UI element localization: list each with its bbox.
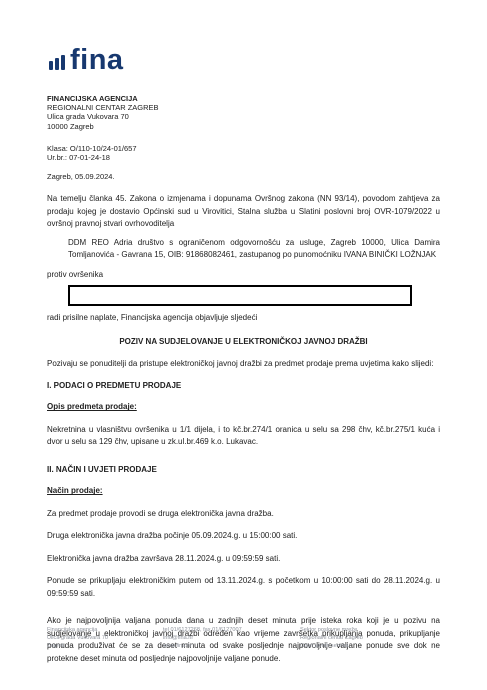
klasa-number: Klasa: O/110-10/24-01/657	[47, 144, 440, 154]
legal-basis-paragraph: Na temelju članka 45. Zakona o izmjenama…	[47, 193, 440, 231]
footer-street: Ulica grada Vukovara 70	[47, 634, 163, 642]
footer-department: Odjel javnih servisa	[300, 642, 447, 650]
place-and-date: Zagreb, 05.09.2024.	[47, 171, 440, 184]
sender-regional-center: REGIONALNI CENTAR ZAGREB	[47, 103, 440, 112]
sender-address-block: FINANCIJSKA AGENCIJA REGIONALNI CENTAR Z…	[47, 94, 440, 131]
footer-sector: Sektor poslovne mreže	[300, 626, 447, 634]
debtor-redaction-box	[68, 285, 412, 306]
footer-contact-column: tel 01/6127268, fax 01/6127007 info@fina…	[163, 626, 300, 650]
sale-method-line: Za predmet prodaje provodi se druga elek…	[47, 508, 440, 521]
footer-phone-fax: tel 01/6127268, fax 01/6127007	[163, 626, 300, 634]
fina-logo-wordmark: fina	[70, 46, 124, 75]
against-debtor-label: protiv ovršenika	[47, 269, 440, 282]
section-1-subheading: Opis predmeta prodaje:	[47, 401, 440, 414]
purpose-line: radi prisilne naplate, Financijska agenc…	[47, 312, 440, 325]
document-page: fina FINANCIJSKA AGENCIJA REGIONALNI CEN…	[0, 0, 487, 690]
urbroj-number: Ur.br.: 07-01-24-18	[47, 153, 440, 163]
page-footer: Financijska agencija Ulica grada Vukovar…	[47, 626, 447, 650]
creditor-paragraph: DDM REO Adria društvo s ograničenom odgo…	[68, 237, 440, 262]
sender-city: 10000 Zagreb	[47, 122, 440, 131]
auction-start-line: Druga elektronička javna dražba počinje …	[47, 530, 440, 543]
section-1-heading: I. PODACI O PREDMETU PRODAJE	[47, 380, 440, 393]
footer-city: Zagreb	[47, 642, 163, 650]
section-2-subheading: Način prodaje:	[47, 485, 440, 498]
footer-regional-center: Regionalni centar Zagreb	[300, 634, 447, 642]
footer-website: www.fina.hr	[163, 642, 300, 650]
fina-logo: fina	[47, 42, 440, 75]
footer-agency: Financijska agencija	[47, 626, 163, 634]
footer-email: info@fina.hr	[163, 634, 300, 642]
footer-address-column: Financijska agencija Ulica grada Vukovar…	[47, 626, 163, 650]
reference-block: Klasa: O/110-10/24-01/657 Ur.br.: 07-01-…	[47, 144, 440, 163]
sender-agency-name: FINANCIJSKA AGENCIJA	[47, 94, 440, 103]
section-2-heading: II. NAČIN I UVJETI PRODAJE	[47, 464, 440, 477]
property-description-paragraph: Nekretnina u vlasništvu ovršenika u 1/1 …	[47, 424, 440, 449]
bid-collection-paragraph: Ponude se prikupljaju elektroničkim pute…	[47, 575, 440, 600]
fina-logo-bars-icon	[49, 55, 65, 70]
auction-end-line: Elektronička javna dražba završava 28.11…	[47, 553, 440, 566]
footer-department-column: Sektor poslovne mreže Regionalni centar …	[300, 626, 447, 650]
document-title: POZIV NA SUDJELOVANJE U ELEKTRONIČKOJ JA…	[47, 336, 440, 349]
sender-street: Ulica grada Vukovara 70	[47, 112, 440, 121]
invitation-paragraph: Pozivaju se ponuditelji da pristupe elek…	[47, 358, 440, 371]
